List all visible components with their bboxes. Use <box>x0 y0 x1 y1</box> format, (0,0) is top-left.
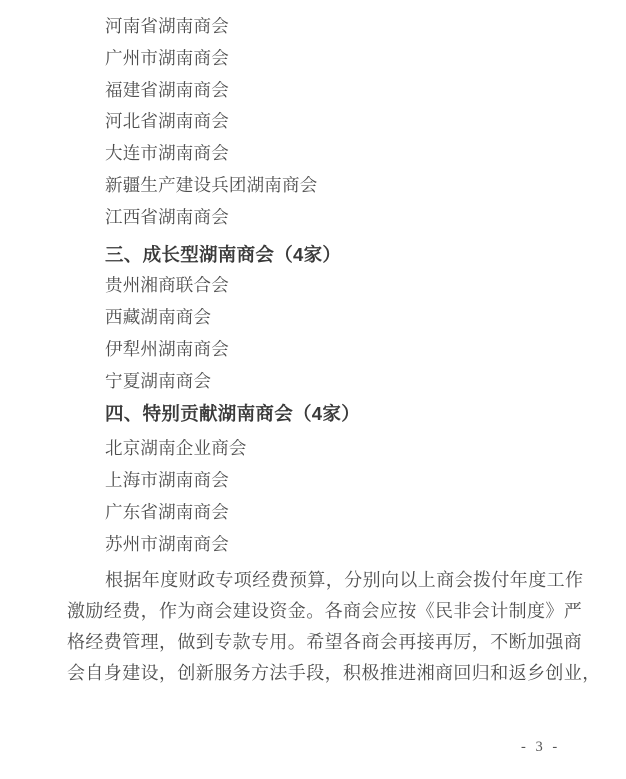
page-number: - 3 - <box>521 739 560 756</box>
chamber-list-item: 宁夏湖南商会 <box>105 366 589 398</box>
section-heading-four: 四、特别贡献湖南商会（4家） <box>105 398 589 430</box>
chamber-list-item: 河北省湖南商会 <box>105 106 589 138</box>
chamber-list-item: 贵州湘商联合会 <box>105 270 589 302</box>
chamber-list-item: 新疆生产建设兵团湖南商会 <box>105 170 589 202</box>
document-content: 河南省湖南商会 广州市湖南商会 福建省湖南商会 河北省湖南商会 大连市湖南商会 … <box>67 11 589 690</box>
paragraph-line: 根据年度财政专项经费预算，分别向以上商会拨付年度工作 <box>67 565 589 596</box>
document-page: 河南省湖南商会 广州市湖南商会 福建省湖南商会 河北省湖南商会 大连市湖南商会 … <box>0 0 626 779</box>
section-heading-three: 三、成长型湖南商会（4家） <box>105 239 589 271</box>
chamber-list-item: 大连市湖南商会 <box>105 138 589 170</box>
chamber-list-item: 广东省湖南商会 <box>105 497 589 529</box>
chamber-list-item: 上海市湖南商会 <box>105 465 589 497</box>
chamber-list-item: 苏州市湖南商会 <box>105 529 589 561</box>
paragraph-line: 会自身建设，创新服务方法手段，积极推进湘商回归和返乡创业， <box>67 658 589 689</box>
chamber-list-item: 伊犁州湖南商会 <box>105 334 589 366</box>
chamber-list-item: 河南省湖南商会 <box>105 11 589 43</box>
chamber-list-item: 西藏湖南商会 <box>105 302 589 334</box>
closing-paragraph: 根据年度财政专项经费预算，分别向以上商会拨付年度工作 激励经费，作为商会建设资金… <box>67 565 589 690</box>
paragraph-line: 激励经费，作为商会建设资金。各商会应按《民非会计制度》严 <box>67 596 589 627</box>
paragraph-line: 格经费管理，做到专款专用。希望各商会再接再厉，不断加强商 <box>67 627 589 658</box>
chamber-list-item: 北京湖南企业商会 <box>105 433 589 465</box>
chamber-list-item: 广州市湖南商会 <box>105 43 589 75</box>
chamber-list-item: 江西省湖南商会 <box>105 202 589 234</box>
chamber-list-item: 福建省湖南商会 <box>105 75 589 107</box>
